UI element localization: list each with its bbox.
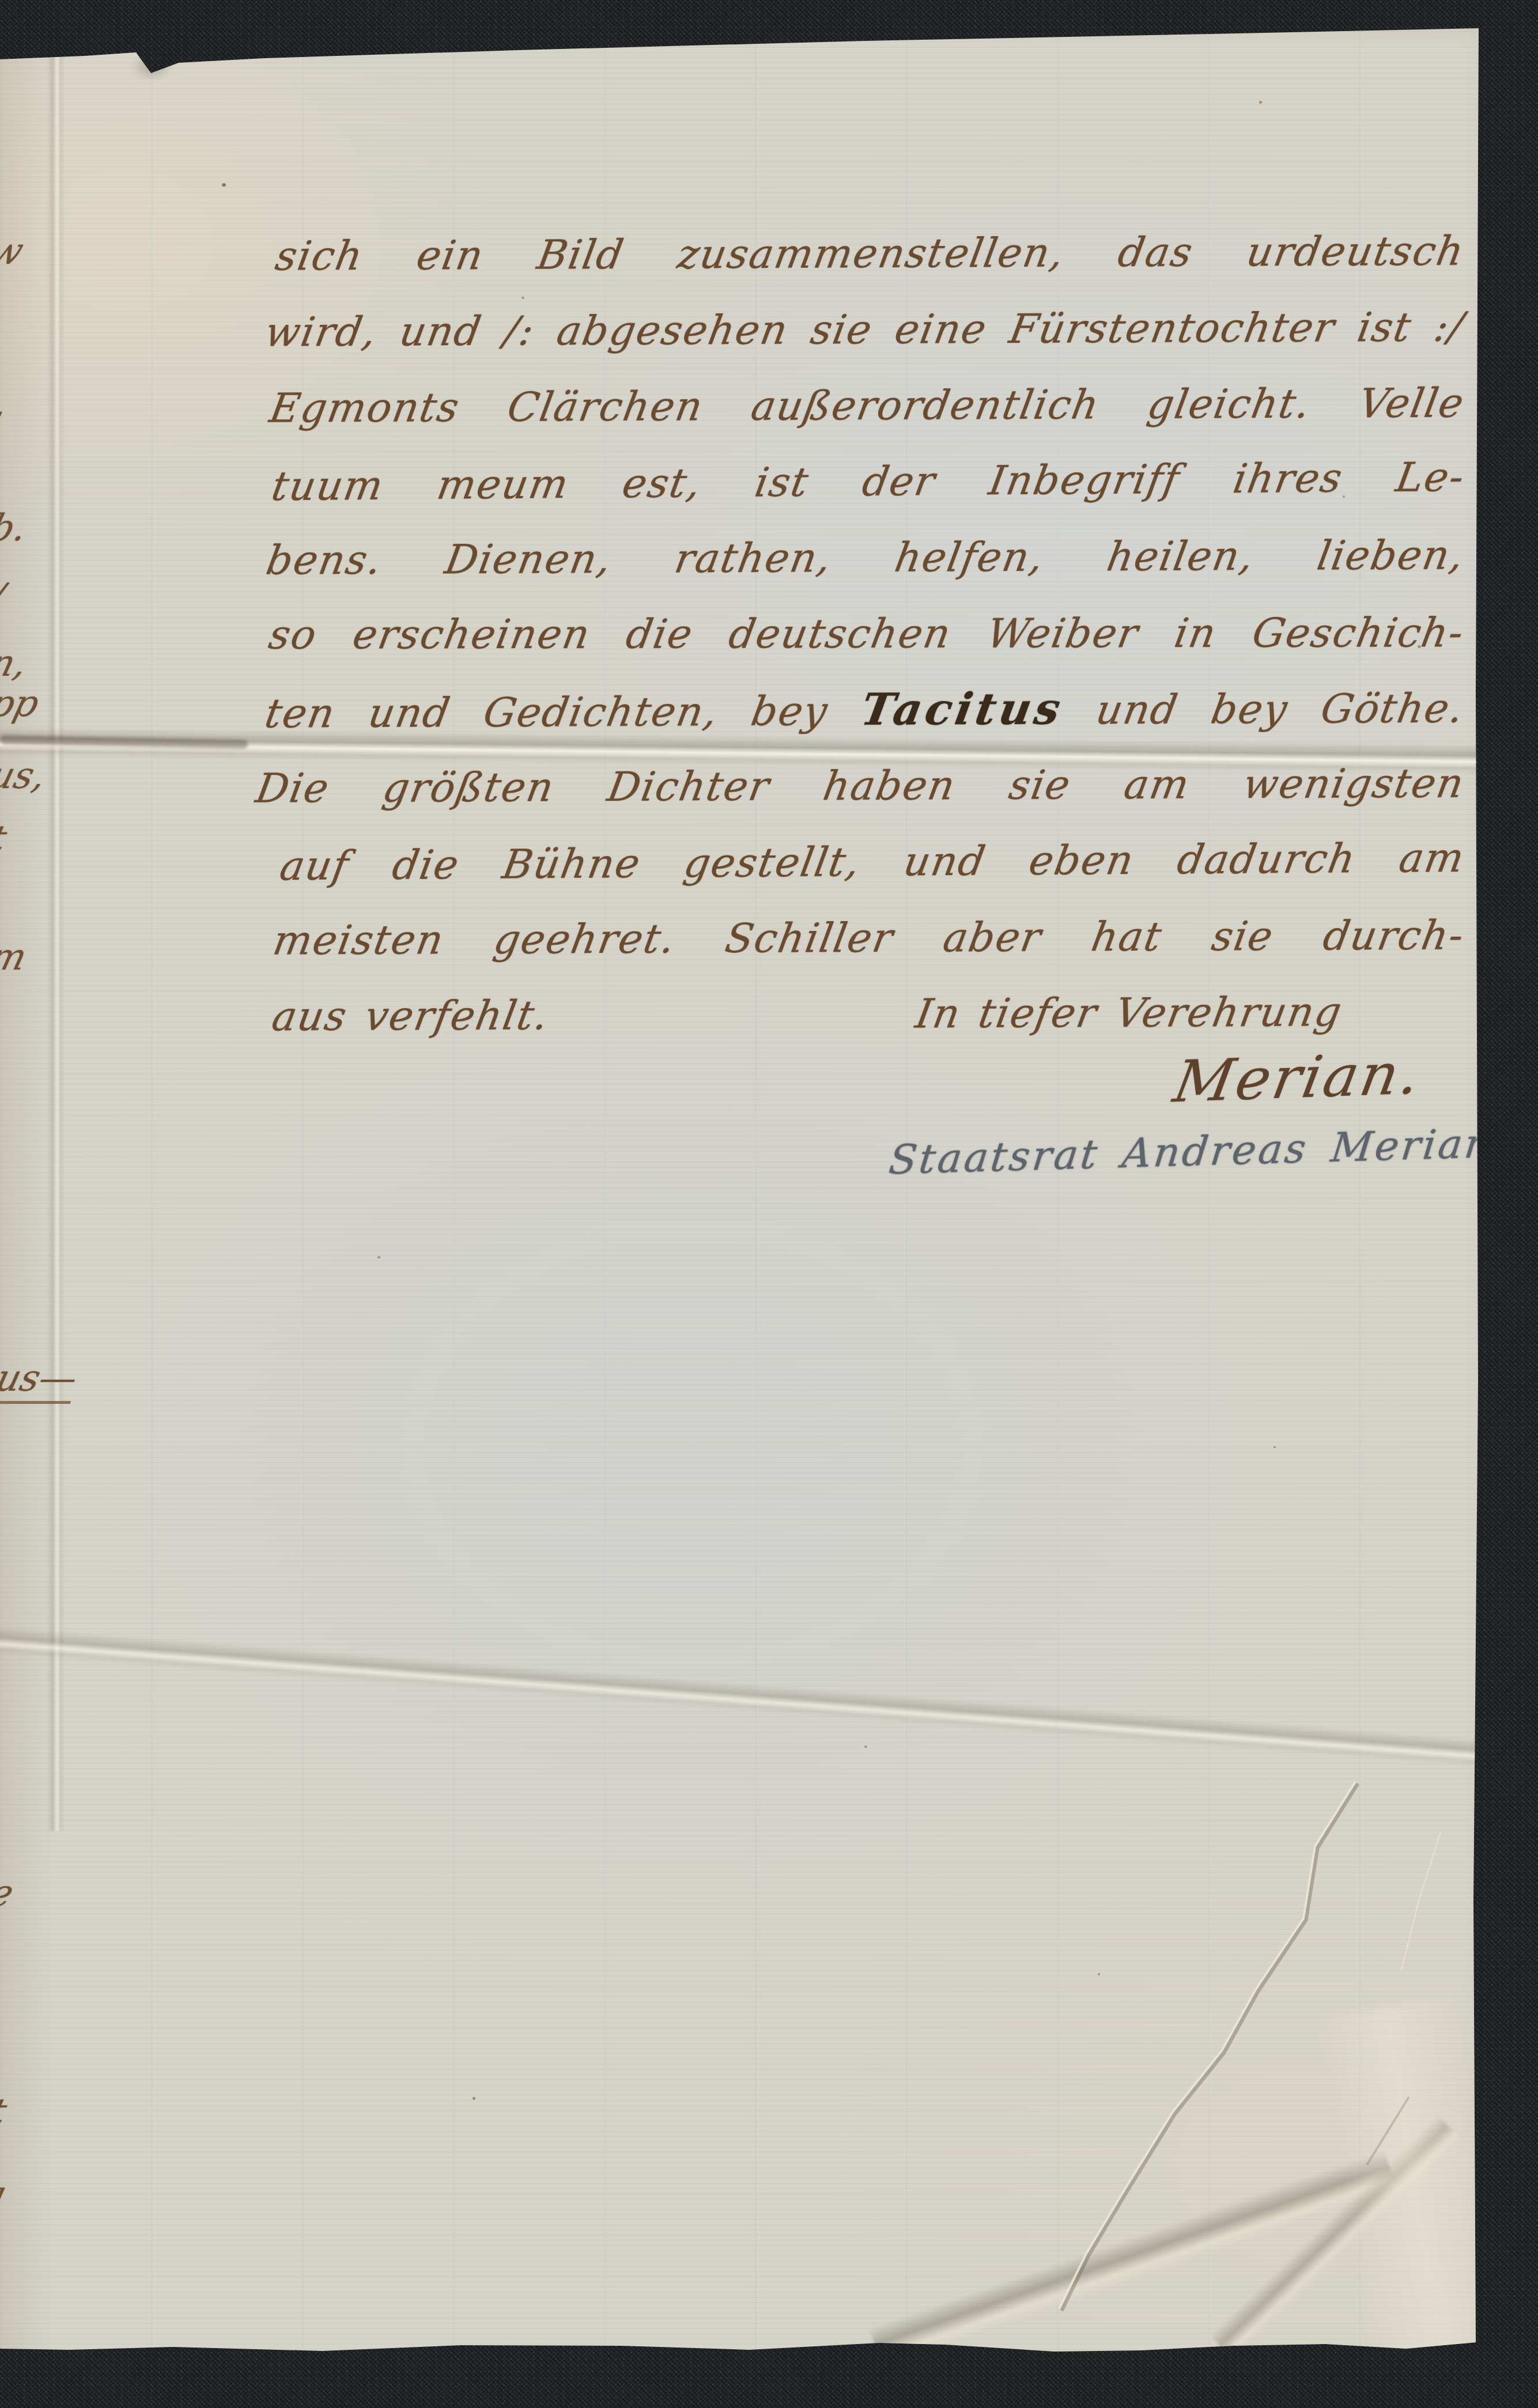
- text-line: wird, und /: abgesehen sie eine Fürstent…: [259, 289, 1471, 370]
- paper-speck: [1259, 101, 1262, 104]
- text-line: auf die Bühne gestellt, und eben dadurch…: [274, 820, 1471, 904]
- margin-ink-fragment: ı: [0, 397, 8, 440]
- closing-formula: In tiefer Verehrung: [910, 974, 1348, 1051]
- text-line: sich ein Bild zusammenstellen, das urdeu…: [270, 213, 1471, 294]
- fold-crease-vertical-left: [47, 33, 65, 1831]
- scanned-letter-screenshot: w ı b. / n, pp us, t m us— e t . l sich …: [0, 0, 1538, 2408]
- margin-ink-fragment: us,: [0, 755, 51, 797]
- paper-speck: [377, 1256, 380, 1259]
- fold-crease-horizontal-lower: [0, 1626, 1518, 1770]
- letter-page: w ı b. / n, pp us, t m us— e t . l sich …: [0, 0, 1538, 2408]
- paper-speck: [1098, 1973, 1100, 1975]
- closing-line: aus verfehlt.In tiefer Verehrung: [266, 973, 1471, 1054]
- text-line: bens. Dienen, rathen, helfen, heilen, li…: [260, 517, 1471, 598]
- text-line: Die größten Dichter haben sie am wenigst…: [250, 745, 1471, 826]
- margin-ink-fragment: us—: [0, 1357, 82, 1404]
- margin-ink-fragment: w: [0, 230, 28, 273]
- text-segment: ten und Gedichten, bey: [262, 687, 866, 737]
- corner-crease-diagonal: [870, 2150, 1397, 2367]
- fold-crease-shadow-left: [0, 735, 248, 749]
- margin-ink-fragment: e: [0, 1872, 18, 1915]
- margin-ink-fragment: l: [0, 2182, 8, 2225]
- paper-speck: [864, 1746, 867, 1748]
- signature-merian: Merian.: [1169, 1040, 1427, 1116]
- margin-ink-fragment: m: [0, 936, 31, 979]
- margin-ink-fragment: t: [0, 818, 11, 861]
- text-line: tuum meum est, ist der Inbegriff ihres L…: [266, 439, 1471, 524]
- margin-ink-fragment: n,: [0, 642, 32, 685]
- text-line-with-tacitus: ten und Gedichten, bey Tacitus und bey G…: [259, 669, 1471, 750]
- text-line: meisten geehret. Schiller aber hat sie d…: [267, 897, 1471, 978]
- text-line: so erscheinen die deutschen Weiber in Ge…: [263, 595, 1471, 673]
- margin-ink-fragment: .: [0, 2138, 8, 2181]
- paper-speck: [473, 2097, 475, 2100]
- margin-ink-fragment: t: [0, 2091, 11, 2134]
- letter-body-text: sich ein Bild zusammenstellen, das urdeu…: [266, 215, 1464, 1052]
- text-line: Egmonts Clärchen außerordentlich gleicht…: [264, 365, 1471, 446]
- margin-ink-fragment: b.: [0, 507, 32, 550]
- corner-crease-diagonal: [1210, 2115, 1461, 2360]
- margin-ink-fragment: pp: [0, 683, 43, 725]
- paper-speck: [222, 183, 226, 187]
- margin-ink-fragment: /: [0, 576, 9, 619]
- paper-speck: [1274, 1446, 1276, 1448]
- text-segment: und bey Göthe.: [1059, 684, 1468, 733]
- word-tacitus: Tacitus: [857, 683, 1067, 736]
- pencil-annotation: Staatsrat Andreas Merian: [887, 1119, 1496, 1183]
- text-segment: aus verfehlt.: [266, 977, 556, 1054]
